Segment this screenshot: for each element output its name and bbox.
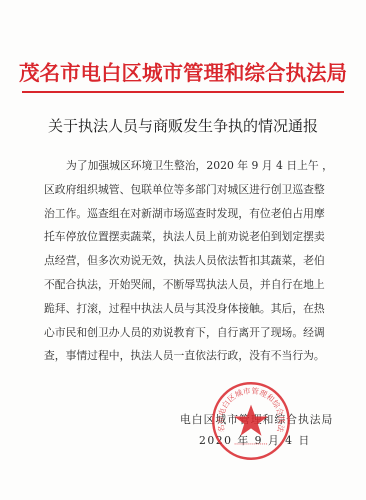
body-line: 托车停放位置摆卖蔬菜，执法人员上前劝说老伯到划定摆卖 — [44, 225, 326, 249]
official-seal-icon: 茂名市电白区城市管理和综合执法局 — [210, 380, 292, 462]
red-star-icon — [234, 405, 268, 436]
body-line: 跪拜、打滚，过程中执法人员与其没身体接触。其后，在热 — [44, 297, 326, 321]
header-divider — [22, 91, 344, 93]
body-line: 查，事情过程中，执法人员一直依法行政，没有不当行为。 — [44, 344, 326, 368]
body-line: 为了加强城区环境卫生整治，2020 年 9 月 4 日上午 ， — [44, 154, 326, 178]
document-title: 关于执法人员与商贩发生争执的情况通报 — [0, 116, 366, 136]
body-line: 区政府组织城管、包联单位等多部门对城区进行创卫巡查整 — [44, 178, 326, 202]
document-body: 为了加强城区环境卫生整治，2020 年 9 月 4 日上午 ， 区政府组织城管、… — [44, 154, 326, 368]
organization-header: 茂名市电白区城市管理和综合执法局 — [0, 60, 366, 86]
body-line: 心市民和创卫办人员的劝说教育下，自行离开了现场。经调 — [44, 321, 326, 345]
body-line: 点经营，但多次劝说无效，执法人员依法暂扣其蔬菜，老伯 — [44, 249, 326, 273]
document-page: 茂名市电白区城市管理和综合执法局 关于执法人员与商贩发生争执的情况通报 为了加强… — [0, 0, 366, 500]
body-line: 不配合执法，开始哭闹，不断辱骂执法人员，并自行在地上 — [44, 273, 326, 297]
body-line: 治工作。巡查组在对新湖市场巡查时发现，有位老伯占用摩 — [44, 202, 326, 226]
